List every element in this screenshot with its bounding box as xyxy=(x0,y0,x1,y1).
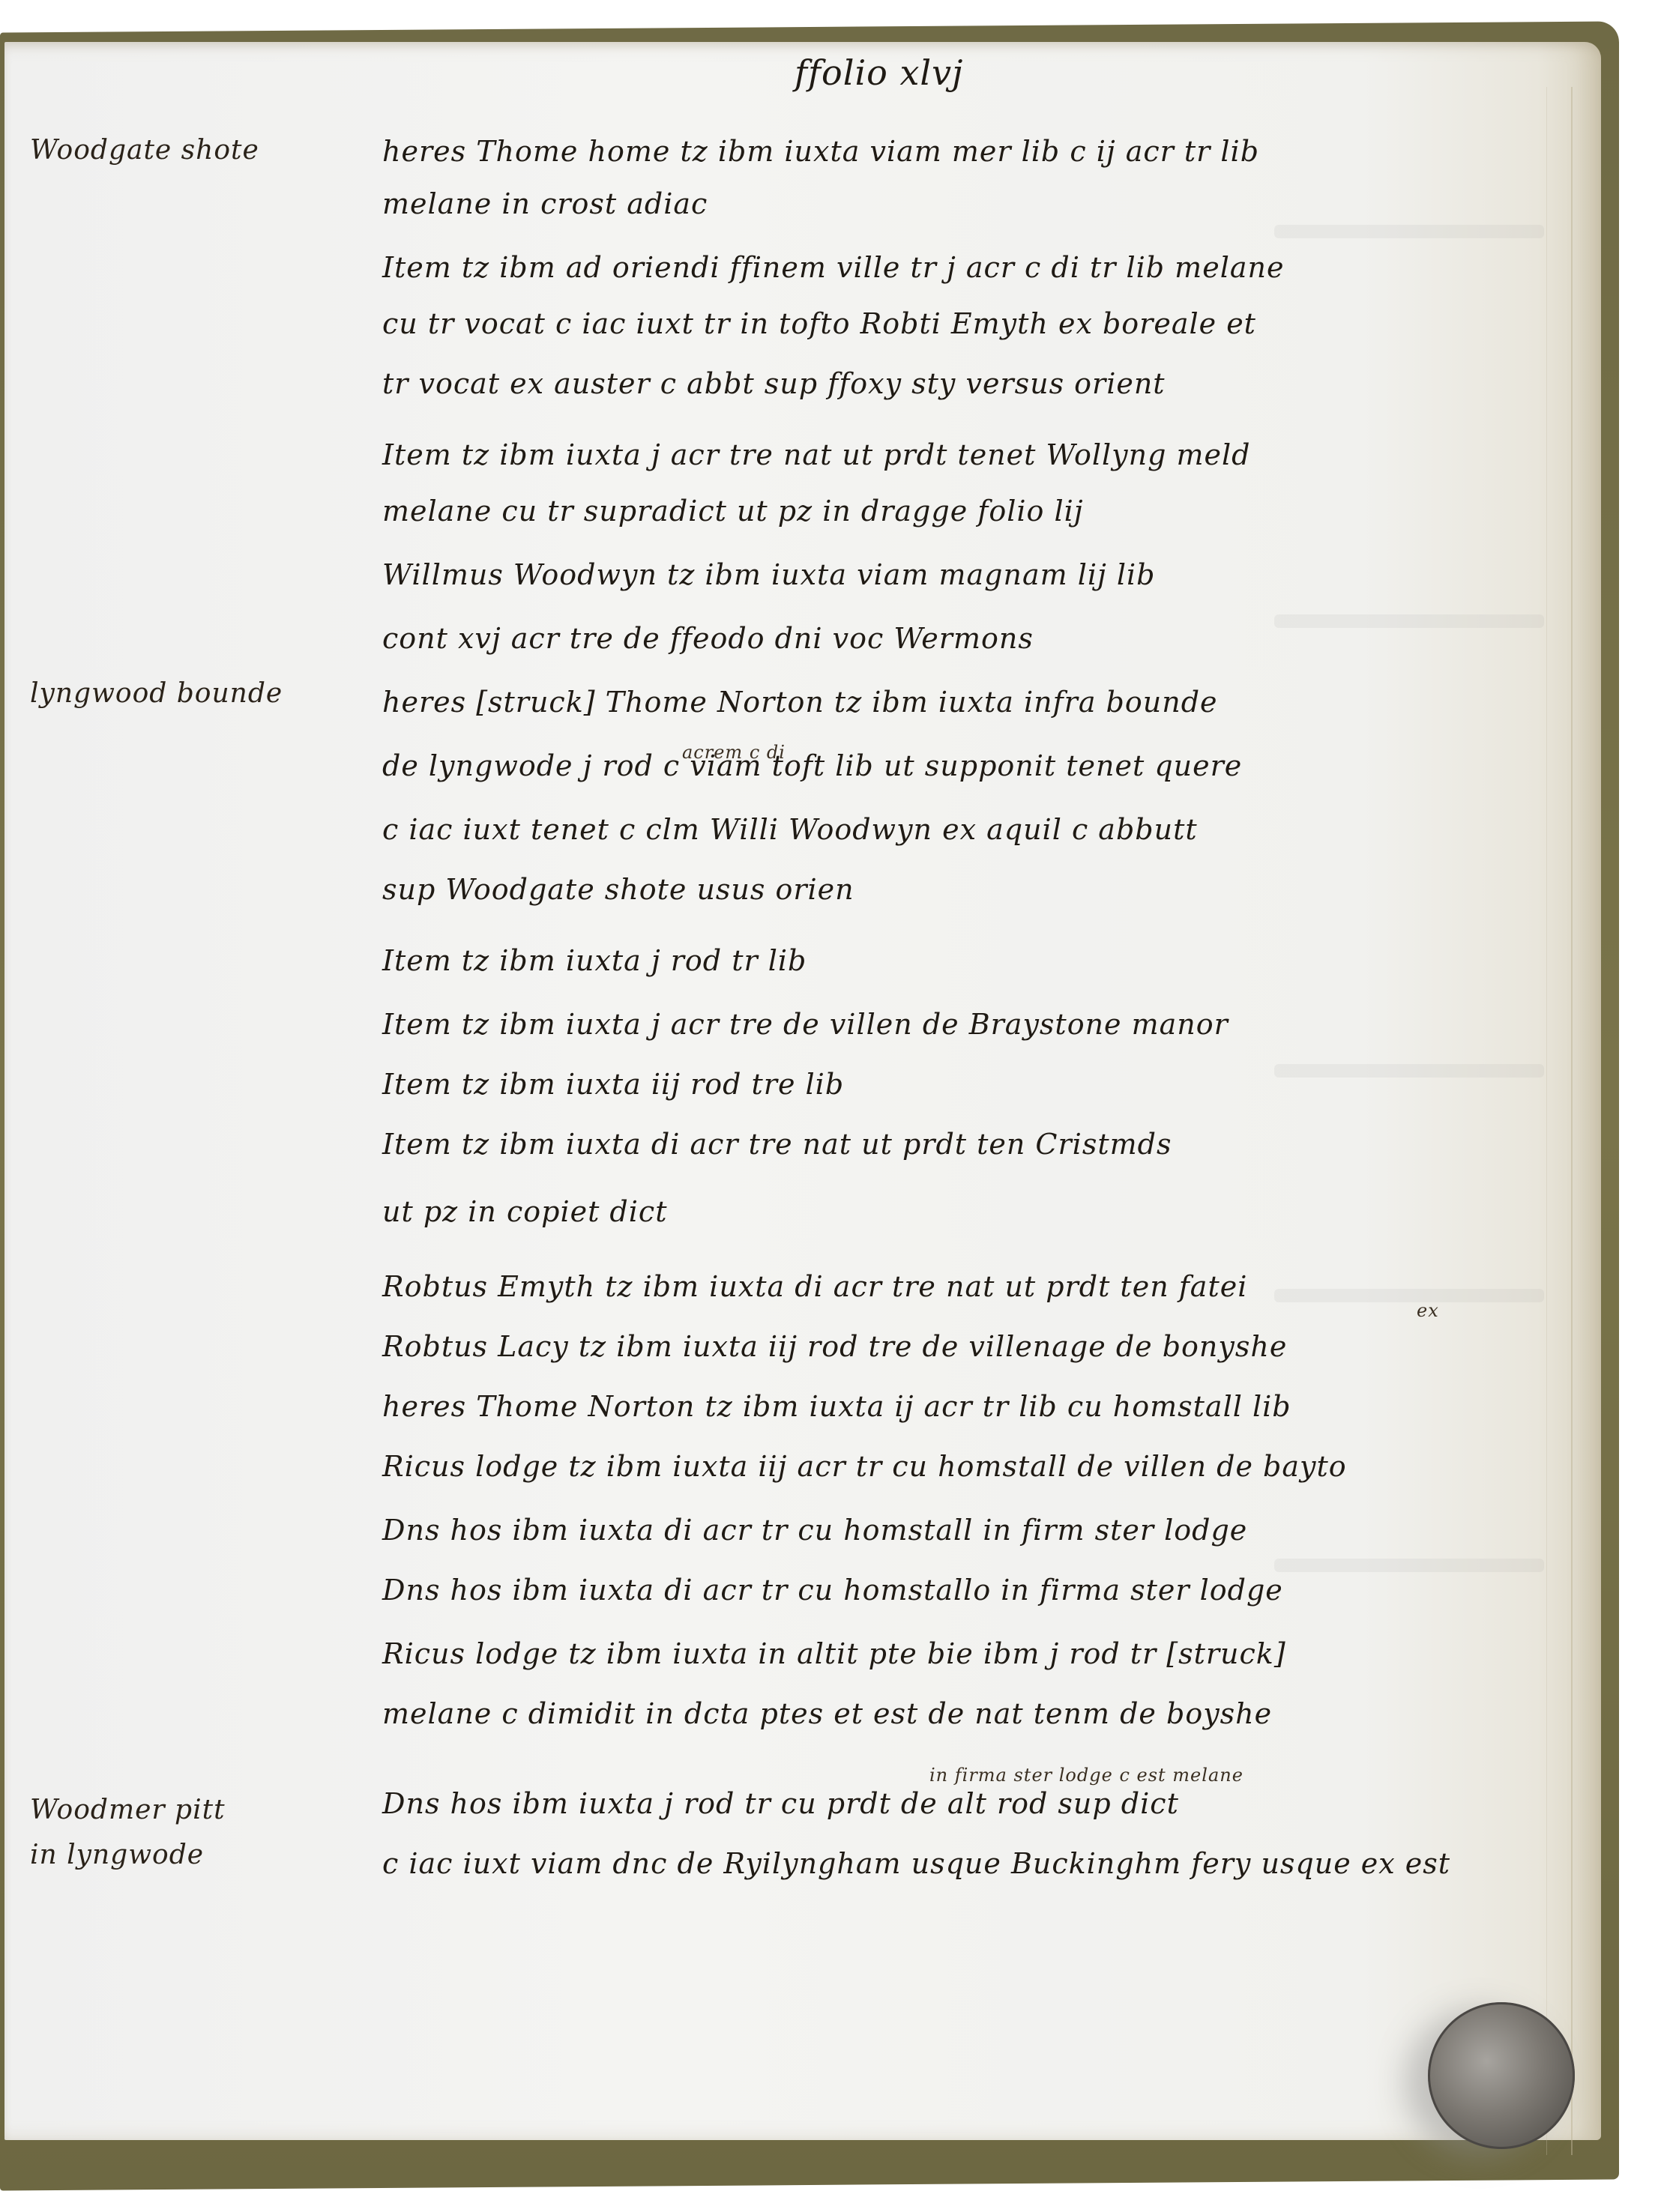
interlinear-note: in firma ster lodge c est melane xyxy=(929,1765,1243,1786)
text-line: heres Thome home tz ibm iuxta viam mer l… xyxy=(382,135,1259,168)
show-through-text xyxy=(1274,1289,1544,1302)
text-line: Item tz ibm iuxta j rod tr lib xyxy=(382,944,807,977)
text-line: cont xvj acr tre de ffeodo dni voc Wermo… xyxy=(382,622,1034,655)
show-through-text xyxy=(1274,614,1544,628)
text-line: Item tz ibm ad oriendi ffinem ville tr j… xyxy=(382,251,1284,284)
text-line: Robtus Lacy tz ibm iuxta iij rod tre de … xyxy=(382,1330,1287,1363)
text-line: Item tz ibm iuxta di acr tre nat ut prdt… xyxy=(382,1128,1172,1161)
text-line: melane c dimidit in dcta ptes et est de … xyxy=(382,1697,1272,1730)
text-line: Ricus lodge tz ibm iuxta in altit pte bi… xyxy=(382,1637,1286,1670)
text-line: Dns hos ibm iuxta di acr tr cu homstall … xyxy=(382,1514,1247,1547)
show-through-text xyxy=(1274,225,1544,238)
text-line: Dns hos ibm iuxta di acr tr cu homstallo… xyxy=(382,1574,1283,1607)
show-through-text xyxy=(1274,1064,1544,1078)
metal-clasp-icon xyxy=(1428,2002,1575,2149)
manuscript-photo: ffolio xlvj Woodgate shote lyngwood boun… xyxy=(0,0,1658,2212)
margin-note-woodmer-pitt: Woodmer pitt xyxy=(30,1795,226,1825)
text-line: de lyngwode j rod c viam toft lib ut sup… xyxy=(382,749,1242,782)
text-line: heres [struck] Thome Norton tz ibm iuxta… xyxy=(382,686,1218,719)
interlinear-note: acrem c di xyxy=(682,742,786,763)
text-line: Robtus Emyth tz ibm iuxta di acr tre nat… xyxy=(382,1270,1247,1303)
folio-heading: ffolio xlvj xyxy=(795,52,963,93)
margin-note-woodgate-shote: Woodgate shote xyxy=(30,135,259,166)
text-line: Item tz ibm iuxta iij rod tre lib xyxy=(382,1068,844,1101)
text-line: cu tr vocat c iac iuxt tr in tofto Robti… xyxy=(382,307,1256,340)
margin-note-in-lyngwode: in lyngwode xyxy=(30,1840,204,1870)
text-line: Item tz ibm iuxta j acr tre de villen de… xyxy=(382,1008,1229,1041)
show-through-text xyxy=(1274,1559,1544,1572)
text-line: Willmus Woodwyn tz ibm iuxta viam magnam… xyxy=(382,558,1156,591)
text-line: melane in crost adiac xyxy=(382,187,708,220)
margin-note-lyngwood-bounde: lyngwood bounde xyxy=(30,678,283,709)
text-line: sup Woodgate shote usus orien xyxy=(382,873,854,906)
text-line: heres Thome Norton tz ibm iuxta ij acr t… xyxy=(382,1390,1291,1423)
text-line: tr vocat ex auster c abbt sup ffoxy sty … xyxy=(382,367,1166,400)
text-line: Dns hos ibm iuxta j rod tr cu prdt de al… xyxy=(382,1787,1179,1820)
text-line: c iac iuxt tenet c clm Willi Woodwyn ex … xyxy=(382,813,1198,846)
text-line: Ricus lodge tz ibm iuxta iij acr tr cu h… xyxy=(382,1450,1347,1483)
interlinear-note: ex xyxy=(1417,1300,1439,1321)
page-fore-edge xyxy=(1546,87,1573,2155)
text-line: Item tz ibm iuxta j acr tre nat ut prdt … xyxy=(382,438,1251,471)
text-line: melane cu tr supradict ut pz in dragge f… xyxy=(382,495,1084,528)
text-line: c iac iuxt viam dnc de Ryilyngham usque … xyxy=(382,1847,1450,1880)
text-line: ut pz in copiet dict xyxy=(382,1195,667,1228)
